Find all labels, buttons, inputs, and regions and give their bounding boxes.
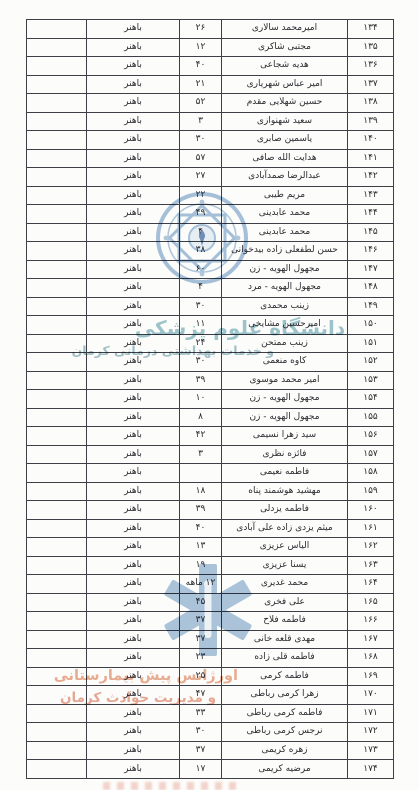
age-cell: ۱۲	[180, 38, 222, 57]
name-cell: فائزه نظری	[222, 445, 348, 464]
row-number-cell: ۱۷۴	[348, 760, 394, 779]
hospital-cell: باهنر	[87, 538, 180, 557]
name-cell: امیر عباس شهریاری	[222, 75, 348, 94]
age-cell: ۵۷	[180, 149, 222, 168]
name-cell: یاسمین صابری	[222, 131, 348, 150]
name-cell: مریم طیبی	[222, 186, 348, 205]
name-cell: هدیه شجاعی	[222, 57, 348, 76]
table-row: ۱۷۰زهرا کرمی رباطی۴۷باهنر	[27, 686, 394, 705]
age-cell: ۴۲	[180, 427, 222, 446]
row-number-cell: ۱۶۱	[348, 519, 394, 538]
age-cell: ۴	[180, 223, 222, 242]
name-cell: عبدالرضا صمدآبادی	[222, 168, 348, 187]
empty-cell	[27, 686, 87, 705]
hospital-cell: باهنر	[87, 704, 180, 723]
name-cell: مجهول الهویه - زن	[222, 260, 348, 279]
table-row: ۱۵۵مجهول الهویه - زن۸باهنر	[27, 408, 394, 427]
name-cell: زهره کریمی	[222, 741, 348, 760]
table-row: ۱۴۲عبدالرضا صمدآبادی۲۷باهنر	[27, 168, 394, 187]
row-number-cell: ۱۷۳	[348, 741, 394, 760]
row-number-cell: ۱۶۷	[348, 630, 394, 649]
empty-cell	[27, 593, 87, 612]
name-cell: سید زهرا نسیمی	[222, 427, 348, 446]
empty-cell	[27, 94, 87, 113]
table-row: ۱۶۸فاطمه قلی زاده۲۳باهنر	[27, 649, 394, 668]
empty-cell	[27, 131, 87, 150]
age-cell: ۲۴	[180, 334, 222, 353]
name-cell: علی فخری	[222, 593, 348, 612]
age-cell: ۵۲	[180, 94, 222, 113]
empty-cell	[27, 482, 87, 501]
table-row: ۱۵۹مهشید هوشمند پناه۱۸باهنر	[27, 482, 394, 501]
table-row: ۱۳۴امیرمحمد سالاری۲۶باهنر	[27, 20, 394, 39]
hospital-cell: باهنر	[87, 205, 180, 224]
age-cell: ۱۸	[180, 482, 222, 501]
hospital-cell: باهنر	[87, 20, 180, 39]
hospital-cell: باهنر	[87, 131, 180, 150]
hospital-cell: باهنر	[87, 149, 180, 168]
hospital-cell: باهنر	[87, 186, 180, 205]
row-number-cell: ۱۴۹	[348, 297, 394, 316]
empty-cell	[27, 38, 87, 57]
name-cell: فاطمه یزدلی	[222, 501, 348, 520]
row-number-cell: ۱۴۱	[348, 149, 394, 168]
table-row: ۱۳۶هدیه شجاعی۴۰باهنر	[27, 57, 394, 76]
empty-cell	[27, 445, 87, 464]
empty-cell	[27, 353, 87, 372]
age-cell: ۶۰	[180, 260, 222, 279]
roster-body: ۱۳۴امیرمحمد سالاری۲۶باهنر۱۳۵مجتبی شاکری۱…	[27, 20, 394, 779]
empty-cell	[27, 112, 87, 131]
row-number-cell: ۱۷۲	[348, 723, 394, 742]
row-number-cell: ۱۴۵	[348, 223, 394, 242]
row-number-cell: ۱۷۱	[348, 704, 394, 723]
empty-cell	[27, 741, 87, 760]
row-number-cell: ۱۵۰	[348, 316, 394, 335]
name-cell: هدایت الله صافی	[222, 149, 348, 168]
empty-cell	[27, 408, 87, 427]
name-cell: زینب محمدی	[222, 297, 348, 316]
name-cell: امیرحسین مشایخی	[222, 316, 348, 335]
age-cell: ۲۱	[180, 75, 222, 94]
age-cell: ۴۵	[180, 593, 222, 612]
row-number-cell: ۱۴۰	[348, 131, 394, 150]
row-number-cell: ۱۳۸	[348, 94, 394, 113]
row-number-cell: ۱۴۷	[348, 260, 394, 279]
age-cell: ۴۰	[180, 519, 222, 538]
table-row: ۱۶۰فاطمه یزدلی۳۹باهنر	[27, 501, 394, 520]
hospital-cell: باهنر	[87, 575, 180, 594]
hospital-cell: باهنر	[87, 260, 180, 279]
name-cell: زینب ممتحن	[222, 334, 348, 353]
table-row: ۱۵۷فائزه نظری۳باهنر	[27, 445, 394, 464]
age-cell: ۳۹	[180, 371, 222, 390]
table-row: ۱۴۵محمد عابدینی۴باهنر	[27, 223, 394, 242]
empty-cell	[27, 149, 87, 168]
age-cell: ۱۲ ماهه	[180, 575, 222, 594]
hospital-cell: باهنر	[87, 760, 180, 779]
name-cell: زهرا کرمی رباطی	[222, 686, 348, 705]
row-number-cell: ۱۵۴	[348, 390, 394, 409]
hospital-cell: باهنر	[87, 667, 180, 686]
row-number-cell: ۱۶۵	[348, 593, 394, 612]
table-row: ۱۶۱میثم یزدی زاده علی آبادی۴۰باهنر	[27, 519, 394, 538]
row-number-cell: ۱۶۳	[348, 556, 394, 575]
empty-cell	[27, 575, 87, 594]
row-number-cell: ۱۵۵	[348, 408, 394, 427]
empty-cell	[27, 223, 87, 242]
empty-cell	[27, 390, 87, 409]
hospital-cell: باهنر	[87, 57, 180, 76]
table-row: ۱۷۴مرضیه کریمی۱۷باهنر	[27, 760, 394, 779]
empty-cell	[27, 242, 87, 261]
hospital-cell: باهنر	[87, 649, 180, 668]
age-cell: ۳۰	[180, 353, 222, 372]
table-row: ۱۶۳یسنا عزیزی۱۹باهنر	[27, 556, 394, 575]
name-cell: محمد غدیری	[222, 575, 348, 594]
name-cell: یسنا عزیزی	[222, 556, 348, 575]
table-row: ۱۵۶سید زهرا نسیمی۴۲باهنر	[27, 427, 394, 446]
table-row: ۱۳۹سعید شهنوازی۳باهنر	[27, 112, 394, 131]
name-cell: فاطمه قلی زاده	[222, 649, 348, 668]
empty-cell	[27, 186, 87, 205]
hospital-cell: باهنر	[87, 556, 180, 575]
empty-cell	[27, 279, 87, 298]
name-cell: فاطمه کرمی	[222, 667, 348, 686]
cutoff-watermark-fragment	[103, 782, 241, 790]
row-number-cell: ۱۶۸	[348, 649, 394, 668]
row-number-cell: ۱۶۰	[348, 501, 394, 520]
hospital-cell: باهنر	[87, 75, 180, 94]
hospital-cell: باهنر	[87, 741, 180, 760]
table-row: ۱۷۳زهره کریمی۳۷باهنر	[27, 741, 394, 760]
age-cell	[180, 464, 222, 483]
hospital-cell: باهنر	[87, 593, 180, 612]
table-row: ۱۷۱فاطمه کرمی رباطی۳۳باهنر	[27, 704, 394, 723]
table-row: ۱۵۴مجهول الهویه - زن۱۰باهنر	[27, 390, 394, 409]
hospital-cell: باهنر	[87, 686, 180, 705]
name-cell: امیر محمد موسوی	[222, 371, 348, 390]
age-cell: ۳۰	[180, 723, 222, 742]
row-number-cell: ۱۳۴	[348, 20, 394, 39]
age-cell: ۴۰	[180, 57, 222, 76]
name-cell: حسن لطفعلی زاده بیدخوانی	[222, 242, 348, 261]
name-cell: نرجس کرمی رباطی	[222, 723, 348, 742]
hospital-cell: باهنر	[87, 297, 180, 316]
empty-cell	[27, 57, 87, 76]
age-cell: ۳۷	[180, 741, 222, 760]
empty-cell	[27, 427, 87, 446]
empty-cell	[27, 464, 87, 483]
empty-cell	[27, 205, 87, 224]
table-row: ۱۶۵علی فخری۴۵باهنر	[27, 593, 394, 612]
hospital-cell: باهنر	[87, 334, 180, 353]
empty-cell	[27, 501, 87, 520]
hospital-cell: باهنر	[87, 38, 180, 57]
row-number-cell: ۱۶۹	[348, 667, 394, 686]
row-number-cell: ۱۳۷	[348, 75, 394, 94]
age-cell: ۳۰	[180, 297, 222, 316]
table-row: ۱۶۲الیاس عزیزی۱۳باهنر	[27, 538, 394, 557]
empty-cell	[27, 168, 87, 187]
empty-cell	[27, 519, 87, 538]
age-cell: ۲۳	[180, 649, 222, 668]
name-cell: فاطمه کرمی رباطی	[222, 704, 348, 723]
name-cell: مهشید هوشمند پناه	[222, 482, 348, 501]
empty-cell	[27, 334, 87, 353]
age-cell: ۲۷	[180, 168, 222, 187]
row-number-cell: ۱۶۴	[348, 575, 394, 594]
row-number-cell: ۱۵۹	[348, 482, 394, 501]
table-row: ۱۵۱زینب ممتحن۲۴باهنر	[27, 334, 394, 353]
hospital-cell: باهنر	[87, 390, 180, 409]
name-cell: محمد عابدینی	[222, 205, 348, 224]
name-cell: مجهول الهویه - زن	[222, 408, 348, 427]
table-row: ۱۵۸فاطمه نعیمیباهنر	[27, 464, 394, 483]
age-cell: ۸	[180, 408, 222, 427]
age-cell: ۴۹	[180, 205, 222, 224]
age-cell: ۱۳	[180, 538, 222, 557]
age-cell: ۱۹	[180, 556, 222, 575]
age-cell: ۱۰	[180, 390, 222, 409]
hospital-cell: باهنر	[87, 353, 180, 372]
hospital-cell: باهنر	[87, 168, 180, 187]
name-cell: مهدی قلعه خانی	[222, 630, 348, 649]
age-cell: ۳۷	[180, 630, 222, 649]
empty-cell	[27, 556, 87, 575]
name-cell: محمد عابدینی	[222, 223, 348, 242]
empty-cell	[27, 260, 87, 279]
row-number-cell: ۱۵۳	[348, 371, 394, 390]
name-cell: الیاس عزیزی	[222, 538, 348, 557]
empty-cell	[27, 630, 87, 649]
name-cell: کاوه منعمی	[222, 353, 348, 372]
age-cell: ۲۵	[180, 667, 222, 686]
hospital-cell: باهنر	[87, 612, 180, 631]
hospital-cell: باهنر	[87, 279, 180, 298]
name-cell: مرضیه کریمی	[222, 760, 348, 779]
hospital-cell: باهنر	[87, 630, 180, 649]
empty-cell	[27, 649, 87, 668]
empty-cell	[27, 667, 87, 686]
table-row: ۱۴۸مجهول الهویه - مرد۴باهنر	[27, 279, 394, 298]
row-number-cell: ۱۴۶	[348, 242, 394, 261]
name-cell: فاطمه فلاح	[222, 612, 348, 631]
hospital-cell: باهنر	[87, 94, 180, 113]
table-row: ۱۵۲کاوه منعمی۳۰باهنر	[27, 353, 394, 372]
hospital-cell: باهنر	[87, 482, 180, 501]
row-number-cell: ۱۴۸	[348, 279, 394, 298]
hospital-cell: باهنر	[87, 408, 180, 427]
table-row: ۱۶۹فاطمه کرمی۲۵باهنر	[27, 667, 394, 686]
table-row: ۱۴۷مجهول الهویه - زن۶۰باهنر	[27, 260, 394, 279]
empty-cell	[27, 538, 87, 557]
hospital-cell: باهنر	[87, 316, 180, 335]
table-row: ۱۳۵مجتبی شاکری۱۲باهنر	[27, 38, 394, 57]
empty-cell	[27, 723, 87, 742]
row-number-cell: ۱۳۶	[348, 57, 394, 76]
empty-cell	[27, 371, 87, 390]
name-cell: مجهول الهویه - مرد	[222, 279, 348, 298]
empty-cell	[27, 297, 87, 316]
table-row: ۱۴۹زینب محمدی۳۰باهنر	[27, 297, 394, 316]
row-number-cell: ۱۵۶	[348, 427, 394, 446]
table-row: ۱۴۴محمد عابدینی۴۹باهنر	[27, 205, 394, 224]
row-number-cell: ۱۴۴	[348, 205, 394, 224]
name-cell: فاطمه نعیمی	[222, 464, 348, 483]
age-cell: ۲۶	[180, 20, 222, 39]
age-cell: ۳	[180, 112, 222, 131]
age-cell: ۳۰	[180, 131, 222, 150]
table-row: ۱۳۷امیر عباس شهریاری۲۱باهنر	[27, 75, 394, 94]
row-number-cell: ۱۵۱	[348, 334, 394, 353]
name-cell: حسین شهلایی مقدم	[222, 94, 348, 113]
empty-cell	[27, 612, 87, 631]
casualty-roster-table: ۱۳۴امیرمحمد سالاری۲۶باهنر۱۳۵مجتبی شاکری۱…	[26, 19, 394, 779]
scanned-roster-page: ۱۳۴امیرمحمد سالاری۲۶باهنر۱۳۵مجتبی شاکری۱…	[0, 0, 419, 790]
table-row: ۱۶۴محمد غدیری۱۲ ماههباهنر	[27, 575, 394, 594]
age-cell: ۳۳	[180, 704, 222, 723]
name-cell: مجهول الهویه - زن	[222, 390, 348, 409]
hospital-cell: باهنر	[87, 445, 180, 464]
name-cell: امیرمحمد سالاری	[222, 20, 348, 39]
table-row: ۱۷۲نرجس کرمی رباطی۳۰باهنر	[27, 723, 394, 742]
hospital-cell: باهنر	[87, 242, 180, 261]
age-cell: ۴۷	[180, 686, 222, 705]
table-row: ۱۴۶حسن لطفعلی زاده بیدخوانی۳۸باهنر	[27, 242, 394, 261]
table-row: ۱۵۳امیر محمد موسوی۳۹باهنر	[27, 371, 394, 390]
row-number-cell: ۱۵۷	[348, 445, 394, 464]
age-cell: ۳۹	[180, 501, 222, 520]
hospital-cell: باهنر	[87, 371, 180, 390]
empty-cell	[27, 760, 87, 779]
row-number-cell: ۱۶۲	[348, 538, 394, 557]
row-number-cell: ۱۷۰	[348, 686, 394, 705]
hospital-cell: باهنر	[87, 112, 180, 131]
table-row: ۱۴۳مریم طیبی۲۲باهنر	[27, 186, 394, 205]
row-number-cell: ۱۵۸	[348, 464, 394, 483]
table-row: ۱۵۰امیرحسین مشایخی۱۱باهنر	[27, 316, 394, 335]
row-number-cell: ۱۵۲	[348, 353, 394, 372]
age-cell: ۴	[180, 279, 222, 298]
hospital-cell: باهنر	[87, 427, 180, 446]
row-number-cell: ۱۳۹	[348, 112, 394, 131]
row-number-cell: ۱۴۳	[348, 186, 394, 205]
age-cell: ۲۲	[180, 186, 222, 205]
age-cell: ۱۱	[180, 316, 222, 335]
hospital-cell: باهنر	[87, 464, 180, 483]
empty-cell	[27, 20, 87, 39]
age-cell: ۳۸	[180, 242, 222, 261]
name-cell: مجتبی شاکری	[222, 38, 348, 57]
hospital-cell: باهنر	[87, 501, 180, 520]
name-cell: سعید شهنوازی	[222, 112, 348, 131]
age-cell: ۳	[180, 445, 222, 464]
table-row: ۱۶۷مهدی قلعه خانی۳۷باهنر	[27, 630, 394, 649]
row-number-cell: ۱۴۲	[348, 168, 394, 187]
name-cell: میثم یزدی زاده علی آبادی	[222, 519, 348, 538]
row-number-cell: ۱۶۶	[348, 612, 394, 631]
table-row: ۱۴۱هدایت الله صافی۵۷باهنر	[27, 149, 394, 168]
age-cell: ۱۷	[180, 760, 222, 779]
hospital-cell: باهنر	[87, 519, 180, 538]
hospital-cell: باهنر	[87, 723, 180, 742]
table-row: ۱۳۸حسین شهلایی مقدم۵۲باهنر	[27, 94, 394, 113]
empty-cell	[27, 75, 87, 94]
empty-cell	[27, 316, 87, 335]
table-row: ۱۴۰یاسمین صابری۳۰باهنر	[27, 131, 394, 150]
row-number-cell: ۱۳۵	[348, 38, 394, 57]
age-cell: ۳۷	[180, 612, 222, 631]
table-row: ۱۶۶فاطمه فلاح۳۷باهنر	[27, 612, 394, 631]
hospital-cell: باهنر	[87, 223, 180, 242]
empty-cell	[27, 704, 87, 723]
